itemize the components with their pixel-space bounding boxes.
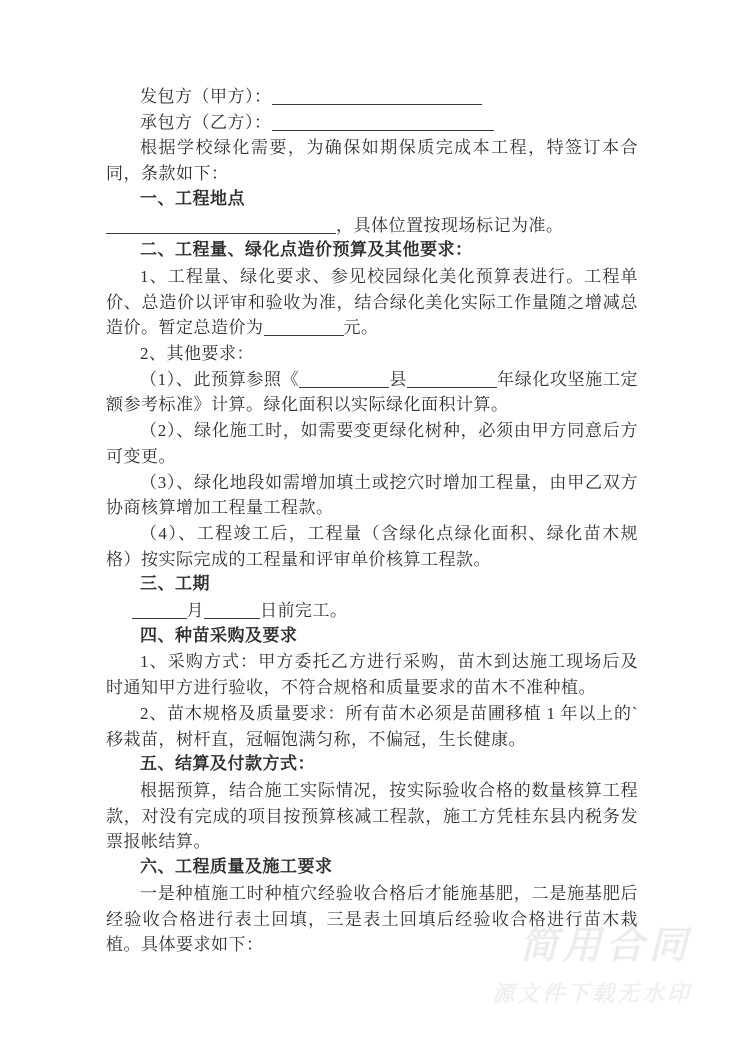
location-blank [106, 216, 336, 234]
s2-item2-text: 2、其他要求： [140, 344, 254, 363]
section-6-heading: 六、工程质量及施工要求 [106, 855, 638, 881]
month-label-text: 月 [187, 601, 205, 620]
s2-sub1-mid-text: 县 [389, 370, 407, 389]
party-b-blank [272, 113, 494, 131]
section-2-sub-4: （4）、工程竣工后，工程量（含绿化点绿化面积、绿化苗木规格）按实际完成的工程量和… [106, 521, 638, 572]
section-3-heading: 三、工期 [106, 572, 638, 598]
section-5-heading: 五、结算及付款方式： [106, 752, 638, 778]
section-2-item-1: 1、工程量、绿化要求、参见校园绿化美化预算表进行。工程单价、总造价以评审和验收为… [106, 264, 638, 341]
s6-body-text: 一是种植施工时种植穴经验收合格后才能施基肥，二是施基肥后经验收合格进行表土回填，… [106, 884, 638, 954]
section-4-heading: 四、种苗采购及要求 [106, 624, 638, 650]
deadline-suffix-text: 日前完工。 [260, 601, 348, 620]
location-suffix-text: ，具体位置按现场标记为准。 [336, 216, 564, 235]
party-a-blank [272, 87, 482, 105]
preamble-paragraph: 根据学校绿化需要，为确保如期保质完成本工程，特签订本合同，条款如下： [106, 135, 638, 186]
s2-sub1-pre-text: （1）、此预算参照《 [140, 370, 299, 389]
contract-page: 发包方（甲方）： 承包方（乙方）： 根据学校绿化需要，为确保如期保质完成本工程，… [0, 0, 742, 1049]
s2-sub2-text: （2）、绿化施工时，如需要变更绿化树种，必须由甲方同意后方可变更。 [106, 421, 638, 466]
s2-sub4-text: （4）、工程竣工后，工程量（含绿化点绿化面积、绿化苗木规格）按实际完成的工程量和… [106, 524, 638, 569]
section-2-item-2: 2、其他要求： [106, 341, 638, 367]
s4-item2-text: 2、苗木规格及质量要求：所有苗木必须是苗圃移植 1 年以上的`移栽苗，树杆直，冠… [106, 704, 638, 749]
s2-sub3-text: （3）、绿化地段如需增加填土或挖穴时增加工程量，由甲乙双方协商核算增加工程量工程… [106, 473, 638, 518]
party-a-line: 发包方（甲方）： [106, 84, 638, 110]
contract-body: 发包方（甲方）： 承包方（乙方）： 根据学校绿化需要，为确保如期保质完成本工程，… [106, 84, 638, 958]
s2-item1-suffix: 元。 [344, 318, 379, 337]
s5-body-text: 根据预算，结合施工实际情况，按实际验收合格的数量核算工程款，对没有完成的项目按预… [106, 781, 638, 851]
section-2-sub-1: （1）、此预算参照《县年绿化攻坚施工定额参考标准》计算。绿化面积以实际绿化面积计… [106, 367, 638, 418]
year-blank [407, 370, 497, 388]
s4-item1-text: 1、采购方式：甲方委托乙方进行采购，苗木到达施工现场后及时通知甲方进行验收，不符… [106, 652, 638, 697]
section-1-heading: 一、工程地点 [106, 187, 638, 213]
county-blank [299, 370, 389, 388]
section-4-item-2: 2、苗木规格及质量要求：所有苗木必须是苗圃移植 1 年以上的`移栽苗，树杆直，冠… [106, 701, 638, 752]
section-5-paragraph: 根据预算，结合施工实际情况，按实际验收合格的数量核算工程款，对没有完成的项目按预… [106, 778, 638, 855]
party-a-label: 发包方（甲方）： [140, 87, 272, 106]
month-blank [132, 601, 187, 619]
preamble-text: 根据学校绿化需要，为确保如期保质完成本工程，特签订本合同，条款如下： [106, 138, 638, 183]
watermark-tagline: 源文件下载无水印 [492, 977, 692, 1008]
section-6-paragraph: 一是种植施工时种植穴经验收合格后才能施基肥，二是施基肥后经验收合格进行表土回填，… [106, 881, 638, 958]
section-2-sub-2: （2）、绿化施工时，如需要变更绿化树种，必须由甲方同意后方可变更。 [106, 418, 638, 469]
section-4-item-1: 1、采购方式：甲方委托乙方进行采购，苗木到达施工现场后及时通知甲方进行验收，不符… [106, 649, 638, 700]
section-2-sub-3: （3）、绿化地段如需增加填土或挖穴时增加工程量，由甲乙双方协商核算增加工程量工程… [106, 470, 638, 521]
party-b-label: 承包方（乙方）： [140, 113, 272, 132]
party-b-line: 承包方（乙方）： [106, 110, 638, 136]
section-2-heading: 二、工程量、绿化点造价预算及其他要求： [106, 238, 638, 264]
total-price-blank [264, 318, 344, 336]
completion-deadline-line: 月日前完工。 [106, 598, 638, 624]
day-blank [204, 601, 260, 619]
project-location-line: ，具体位置按现场标记为准。 [106, 213, 638, 239]
